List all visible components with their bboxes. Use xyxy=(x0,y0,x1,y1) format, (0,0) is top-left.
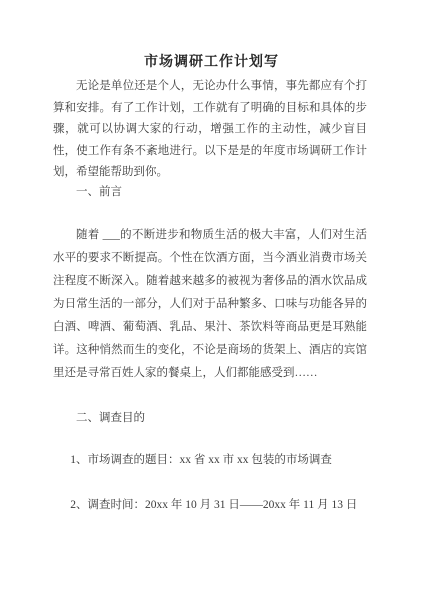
survey-topic-item: 1、市场调查的题目：xx 省 xx 市 xx 包装的市场调查 xyxy=(53,453,367,468)
section-heading-preface: 一、前言 xyxy=(53,185,367,199)
preface-paragraph: 随着 ___的不断进步和物质生活的极大丰富，人们对生活水平的要求不断提高。个性在… xyxy=(53,224,367,385)
document-page: 市场调研工作计划写 无论是单位还是个人，无论办什么事情，事先都应有个打算和安排。… xyxy=(0,0,423,600)
section-heading-survey-purpose: 二、调查目的 xyxy=(53,411,367,425)
survey-time-item: 2、调查时间：20xx 年 10 月 31 日——20xx 年 11 月 13 … xyxy=(53,498,367,513)
intro-paragraph: 无论是单位还是个人，无论办什么事情，事先都应有个打算和安排。有了工作计划，工作就… xyxy=(53,76,367,184)
document-title: 市场调研工作计划写 xyxy=(0,51,423,71)
